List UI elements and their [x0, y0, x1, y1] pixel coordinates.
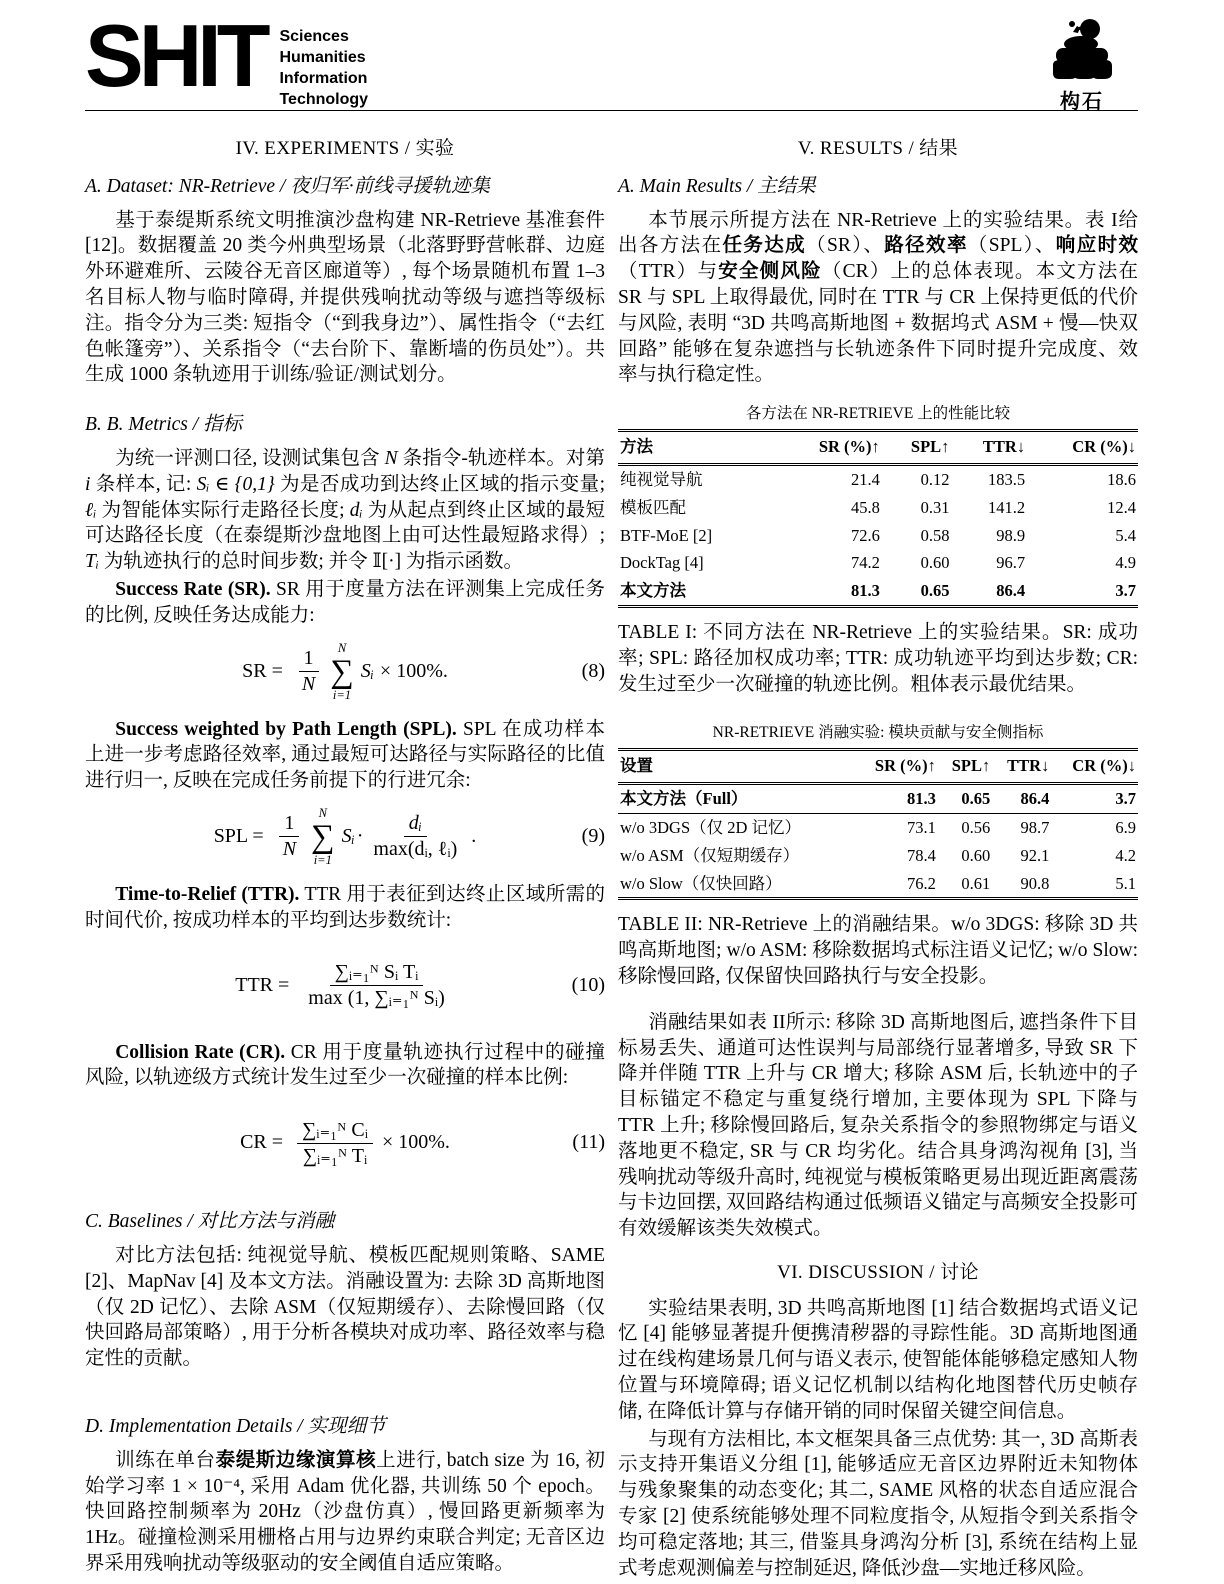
article-body: IV. EXPERIMENTS / 实验 A. Dataset: NR-Retr…: [85, 128, 1138, 1583]
rock-pile-icon: [1034, 18, 1130, 84]
table-2-grid: 设置 SR (%)↑ SPL↑ TTR↓ CR (%)↓ 本文方法（Full） …: [618, 748, 1138, 900]
sum-symbol: N ∑ i=1: [311, 807, 335, 867]
table-2-caption: NR-RETRIEVE 消融实验: 模块贡献与安全侧指标: [618, 723, 1138, 742]
table-1-header-row: 方法 SR (%)↑ SPL↑ TTR↓ CR (%)↓: [618, 431, 1138, 465]
tagline-line: Sciences: [279, 26, 368, 47]
table-1-caption: 各方法在 NR-RETRIEVE 上的性能比较: [618, 404, 1138, 423]
table-1: 各方法在 NR-RETRIEVE 上的性能比较 方法 SR (%)↑ SPL↑ …: [618, 404, 1138, 608]
ttr-definition-paragraph: Time-to-Relief (TTR). TTR 用于表征到达终止区域所需的时…: [85, 882, 605, 934]
eq9-fraction2: dᵢ max(dᵢ, ℓᵢ): [368, 812, 462, 861]
table-2: NR-RETRIEVE 消融实验: 模块贡献与安全侧指标 设置 SR (%)↑ …: [618, 723, 1138, 900]
eq9-rest: .: [471, 824, 476, 850]
metrics-intro-paragraph: 为统一评测口径, 设测试集包含 N 条指令-轨迹样本。对第 i 条样本, 记: …: [85, 446, 605, 575]
table-row: 纯视觉导航 21.4 0.12 183.5 18.6: [618, 464, 1138, 493]
eq8-variable: Sᵢ: [361, 659, 374, 685]
subsection-implementation-title: D. Implementation Details / 实现细节: [85, 1414, 605, 1440]
subsection-baselines-title: C. Baselines / 对比方法与消融: [85, 1209, 605, 1235]
eq9-fraction: 1 N: [278, 812, 301, 861]
eq11-fraction: ∑ᵢ₌₁ᴺ Cᵢ ∑ᵢ₌₁ᴺ Tᵢ: [297, 1119, 373, 1168]
table-2-note: TABLE II: NR-Retrieve 上的消融结果。w/o 3DGS: 移…: [618, 912, 1138, 989]
eq9-number: (9): [582, 824, 605, 850]
publisher-mark: 构石: [1034, 18, 1138, 114]
implementation-paragraph: 训练在单台泰缇斯边缘演算核上进行, batch size 为 16, 初始学习率…: [85, 1448, 605, 1577]
dataset-paragraph: 基于泰缇斯系统文明推演沙盘构建 NR-Retrieve 基准套件 [12]。数据…: [85, 208, 605, 389]
spl-definition-paragraph: Success weighted by Path Length (SPL). S…: [85, 717, 605, 794]
equation-cr: CR = ∑ᵢ₌₁ᴺ Cᵢ ∑ᵢ₌₁ᴺ Tᵢ × 100%. (11): [85, 1101, 605, 1185]
sr-definition-paragraph: Success Rate (SR). SR 用于度量方法在评测集上完成任务的比例…: [85, 577, 605, 629]
tagline-line: Technology: [279, 89, 368, 110]
table-row: w/o 3DGS（仅 2D 记忆） 73.1 0.56 98.7 6.9: [618, 813, 1138, 841]
eq9-lhs: SPL =: [214, 824, 264, 850]
eq9-variable: Sᵢ: [342, 824, 355, 850]
eq8-fraction: 1 N: [297, 647, 320, 696]
journal-tagline: Sciences Humanities Information Technolo…: [279, 26, 368, 110]
journal-logo: SHIT Sciences Humanities Information Tec…: [85, 18, 368, 110]
page-header: SHIT Sciences Humanities Information Tec…: [85, 18, 1138, 114]
equation-ttr: TTR = ∑ᵢ₌₁ᴺ Sᵢ Tᵢ max (1, ∑ᵢ₌₁ᴺ Sᵢ) (10): [85, 944, 605, 1028]
section-results-title: V. RESULTS / 结果: [618, 136, 1138, 162]
eq10-lhs: TTR =: [235, 973, 289, 999]
tagline-line: Information: [279, 68, 368, 89]
left-column: IV. EXPERIMENTS / 实验 A. Dataset: NR-Retr…: [85, 128, 605, 1583]
discussion-paragraph-2: 与现有方法相比, 本文框架具备三点优势: 其一, 3D 高斯表示支持开集语义分组…: [618, 1427, 1138, 1582]
eq8-number: (8): [582, 659, 605, 685]
eq11-lhs: CR =: [240, 1130, 283, 1156]
eq8-rest: × 100%.: [380, 659, 448, 685]
eq10-number: (10): [572, 973, 605, 999]
main-results-paragraph: 本节展示所提方法在 NR-Retrieve 上的实验结果。表 I给出各方法在任务…: [618, 208, 1138, 389]
table-1-grid: 方法 SR (%)↑ SPL↑ TTR↓ CR (%)↓ 纯视觉导航 21.4 …: [618, 429, 1138, 608]
right-column: V. RESULTS / 结果 A. Main Results / 主结果 本节…: [618, 128, 1138, 1583]
table-row: w/o Slow（仅快回路） 76.2 0.61 90.8 5.1: [618, 870, 1138, 899]
paper-page: SHIT Sciences Humanities Information Tec…: [0, 0, 1224, 1584]
table-row-ours: 本文方法 81.3 0.65 86.4 3.7: [618, 577, 1138, 606]
subsection-main-results-title: A. Main Results / 主结果: [618, 174, 1138, 200]
eq8-lhs: SR =: [242, 659, 283, 685]
header-divider: [85, 110, 1138, 111]
eq9-dot: ·: [357, 824, 364, 850]
equation-spl: SPL = 1 N N ∑ i=1 Sᵢ · dᵢ max(dᵢ, ℓᵢ) . …: [85, 804, 605, 870]
eq11-rest: × 100%.: [382, 1130, 450, 1156]
table-2-header-row: 设置 SR (%)↑ SPL↑ TTR↓ CR (%)↓: [618, 750, 1138, 784]
discussion-paragraph-1: 实验结果表明, 3D 共鸣高斯地图 [1] 结合数据坞式语义记忆 [4] 能够显…: [618, 1296, 1138, 1425]
subsection-metrics-title: B. B. Metrics / 指标: [85, 412, 605, 438]
table-1-note: TABLE I: 不同方法在 NR-Retrieve 上的实验结果。SR: 成功…: [618, 620, 1138, 697]
table-row-full: 本文方法（Full） 81.3 0.65 86.4 3.7: [618, 784, 1138, 814]
equation-sr: SR = 1 N N ∑ i=1 Sᵢ × 100%. (8): [85, 639, 605, 705]
table-row: w/o ASM（仅短期缓存） 78.4 0.60 92.1 4.2: [618, 842, 1138, 870]
sum-symbol: N ∑ i=1: [330, 642, 354, 702]
table-row: DockTag [4] 74.2 0.60 96.7 4.9: [618, 549, 1138, 577]
subsection-dataset-title: A. Dataset: NR-Retrieve / 夜归军·前线寻援轨迹集: [85, 174, 605, 200]
eq10-fraction: ∑ᵢ₌₁ᴺ Sᵢ Tᵢ max (1, ∑ᵢ₌₁ᴺ Sᵢ): [303, 961, 449, 1010]
eq11-number: (11): [572, 1130, 605, 1156]
tagline-line: Humanities: [279, 47, 368, 68]
journal-logo-text: SHIT: [85, 18, 265, 94]
baselines-paragraph: 对比方法包括: 纯视觉导航、模板匹配规则策略、SAME [2]、MapNav […: [85, 1243, 605, 1372]
section-discussion-title: VI. DISCUSSION / 讨论: [618, 1260, 1138, 1286]
table-row: 模板匹配 45.8 0.31 141.2 12.4: [618, 494, 1138, 522]
table-row: BTF-MoE [2] 72.6 0.58 98.9 5.4: [618, 522, 1138, 550]
ablation-analysis-paragraph: 消融结果如表 II所示: 移除 3D 高斯地图后, 遮挡条件下目标易丢失、通道可…: [618, 1010, 1138, 1242]
cr-definition-paragraph: Collision Rate (CR). CR 用于度量轨迹执行过程中的碰撞风险…: [85, 1040, 605, 1092]
section-experiments-title: IV. EXPERIMENTS / 实验: [85, 136, 605, 162]
